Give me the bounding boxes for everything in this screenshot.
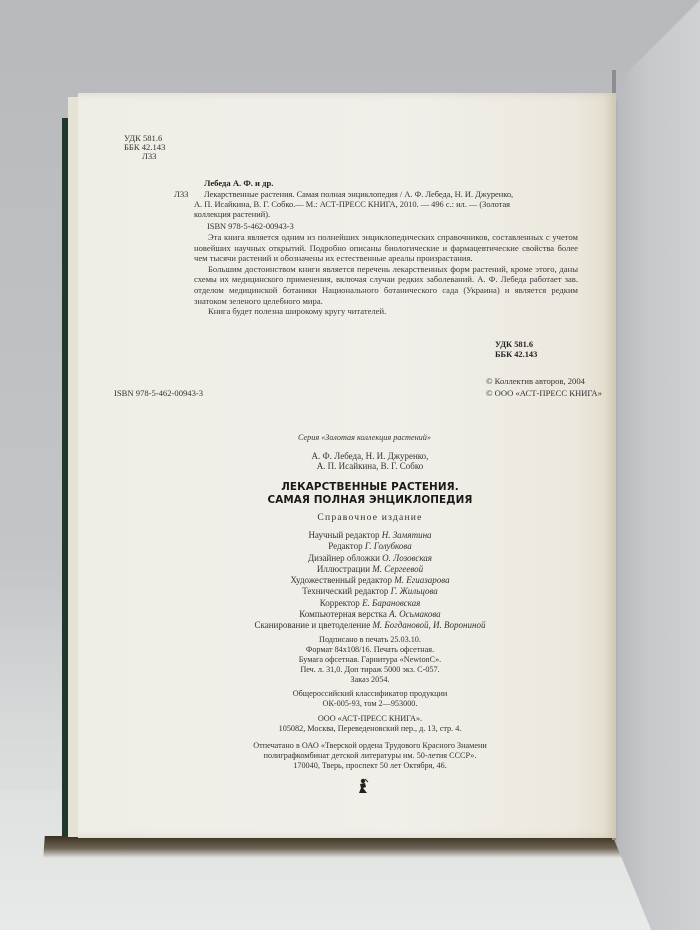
annotation-paragraph: Книга будет полезна широкому кругу читат…	[194, 306, 578, 317]
credit-name: А. Осьмакова	[389, 609, 441, 619]
credit-line: Иллюстрации М. Сергеевой	[215, 564, 525, 575]
book-title: ЛЕКАРСТВЕННЫЕ РАСТЕНИЯ. САМАЯ ПОЛНАЯ ЭНЦ…	[250, 481, 490, 506]
credit-line: Художественный редактор М. Егиазарова	[215, 575, 525, 586]
print-line: Заказ 2054.	[232, 675, 508, 685]
authors-line-2: А. П. Исайкина, В. Г. Собко	[250, 461, 490, 472]
copyright-publisher: © ООО «АСТ-ПРЕСС КНИГА»	[486, 388, 602, 399]
credit-role: Сканирование и цветоделение	[255, 620, 371, 630]
credit-role: Художественный редактор	[290, 575, 392, 585]
credit-name: Г. Голубкова	[365, 541, 412, 551]
copyright-authors: © Коллектив авторов, 2004	[486, 376, 585, 387]
credit-line: Корректор Е. Барановская	[215, 598, 525, 609]
credits-list: Научный редактор Н. ЗамятинаРедактор Г. …	[215, 530, 525, 632]
credit-name: М. Богдановой, И. Ворониной	[372, 620, 485, 630]
publisher-line: ООО «АСТ-ПРЕСС КНИГА».	[232, 714, 508, 724]
title-line: САМАЯ ПОЛНАЯ ЭНЦИКЛОПЕДИЯ	[250, 494, 490, 507]
series-name: Серия «Золотая коллекция растений»	[298, 432, 431, 443]
record-line-3: коллекция растений).	[194, 209, 270, 220]
printer-line: Отпечатано в ОАО «Тверской ордена Трудов…	[212, 741, 528, 751]
print-line: Печ. л. 31,0. Доп тираж 5000 экз. С-057.	[232, 665, 508, 675]
annotation: Эта книга является одним из полнейших эн…	[194, 232, 578, 317]
publisher-info: ООО «АСТ-ПРЕСС КНИГА». 105082, Москва, П…	[232, 714, 508, 734]
credit-name: М. Егиазарова	[394, 575, 449, 585]
printer-logo-icon	[357, 778, 369, 794]
credit-line: Дизайнер обложки О. Лозовская	[215, 553, 525, 564]
annotation-paragraph: Большим достоинством книги является пере…	[194, 264, 578, 306]
print-line: Подписано в печать 25.03.10.	[232, 635, 508, 645]
print-details: Подписано в печать 25.03.10. Формат 84х1…	[232, 635, 508, 685]
credit-name: М. Сергеевой	[372, 564, 423, 574]
credit-name: О. Лозовская	[382, 553, 432, 563]
credit-role: Технический редактор	[302, 586, 388, 596]
credit-name: Н. Замятина	[382, 530, 432, 540]
credit-role: Научный редактор	[308, 530, 379, 540]
isbn: ISBN 978-5-462-00943-3	[114, 388, 203, 399]
annotation-paragraph: Эта книга является одним из полнейших эн…	[194, 232, 578, 264]
author-heading: Лебеда А. Ф. и др.	[204, 178, 273, 189]
credit-name: Е. Барановская	[362, 598, 420, 608]
credit-role: Компьютерная верстка	[299, 609, 387, 619]
publisher-line: 105082, Москва, Переведеновский пер., д.…	[232, 724, 508, 734]
credit-line: Редактор Г. Голубкова	[215, 541, 525, 552]
credit-line: Научный редактор Н. Замятина	[215, 530, 525, 541]
facing-page	[613, 0, 700, 930]
credit-line: Компьютерная верстка А. Осьмакова	[215, 609, 525, 620]
printer-line: 170040, Тверь, проспект 50 лет Октября, …	[212, 761, 528, 771]
printer-info: Отпечатано в ОАО «Тверской ордена Трудов…	[212, 741, 528, 771]
credit-role: Иллюстрации	[317, 564, 370, 574]
classifier-line: Общероссийский классификатор продукции	[232, 689, 508, 699]
record-author-mark: Л33	[174, 189, 188, 200]
credit-line: Технический редактор Г. Жильцова	[215, 586, 525, 597]
classifier-line: ОК-005-93, том 2—953000.	[232, 699, 508, 709]
title-line: ЛЕКАРСТВЕННЫЕ РАСТЕНИЯ.	[250, 481, 490, 494]
printer-line: полиграфкомбинат детской литературы им. …	[212, 751, 528, 761]
classifier: Общероссийский классификатор продукции О…	[232, 689, 508, 709]
credit-role: Редактор	[328, 541, 362, 551]
print-line: Формат 84х108/16. Печать офсетная.	[232, 645, 508, 655]
bbk-code-right: ББК 42.143	[495, 349, 537, 360]
book-shadow	[43, 836, 645, 858]
credit-role: Дизайнер обложки	[308, 553, 380, 563]
credit-line: Сканирование и цветоделение М. Богданово…	[215, 620, 525, 631]
credit-name: Г. Жильцова	[391, 586, 438, 596]
print-line: Бумага офсетная. Гарнитура «NewtonC».	[232, 655, 508, 665]
record-isbn: ISBN 978-5-462-00943-3	[207, 221, 294, 232]
author-mark: Л33	[142, 151, 156, 162]
credit-role: Корректор	[320, 598, 360, 608]
edition-type: Справочное издание	[260, 512, 480, 523]
